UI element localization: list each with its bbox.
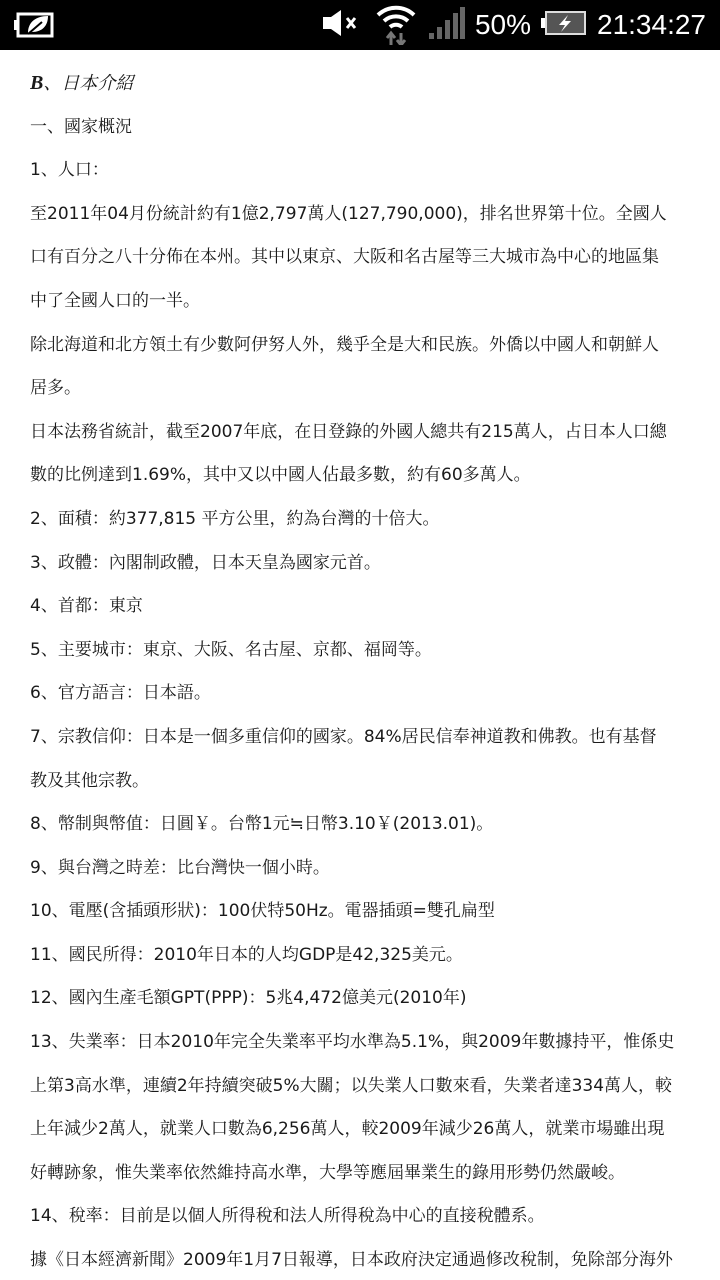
clock: 21:34:27 xyxy=(597,9,706,41)
paragraph-line: 13、失業率：日本2010年完全失業率平均水準為5.1%，與2009年數據持平，… xyxy=(30,1021,700,1065)
paragraph-line: 11、國民所得：2010年日本的人均GDP是42,325美元。 xyxy=(30,934,700,978)
status-bar: 50% 21:34:27 xyxy=(0,0,720,50)
section-heading: 一、國家概況 xyxy=(30,106,700,150)
document-title: B、日本介紹 xyxy=(30,62,700,106)
paragraph-line: 至2011年04月份統計約有1億2,797萬人(127,790,000)，排名世… xyxy=(30,193,700,237)
paragraph-line: 8、幣制與幣值：日圓￥。台幣1元≒日幣3.10￥(2013.01)。 xyxy=(30,803,700,847)
paragraph-line: 數的比例達到1.69%，其中又以中國人佔最多數，約有60多萬人。 xyxy=(30,454,700,498)
paragraph-line: 日本法務省統計，截至2007年底，在日登錄的外國人總共有215萬人，占日本人口總 xyxy=(30,411,700,455)
paragraph-line: 口有百分之八十分佈在本州。其中以東京、大阪和名古屋等三大城市為中心的地區集 xyxy=(30,236,700,280)
signal-icon xyxy=(427,7,465,43)
paragraph-line: 上第3高水準，連續2年持續突破5%大關；以失業人口數來看，失業者達334萬人，較 xyxy=(30,1065,700,1109)
paragraph-line: 3、政體：內閣制政體，日本天皇為國家元首。 xyxy=(30,542,700,586)
wifi-icon xyxy=(375,1,417,49)
paragraph-line: 9、與台灣之時差：比台灣快一個小時。 xyxy=(30,847,700,891)
title-letter: B xyxy=(30,72,43,94)
paragraph-line: 7、宗教信仰：日本是一個多重信仰的國家。84%居民信奉神道教和佛教。也有基督 xyxy=(30,716,700,760)
paragraph-line: 10、電壓(含插頭形狀)：100伏特50Hz。電器插頭=雙孔扁型 xyxy=(30,890,700,934)
paragraph-line: 據《日本經濟新聞》2009年1月7日報導，日本政府決定通過修改稅制，免除部分海外 xyxy=(30,1239,700,1280)
paragraph-line: 4、首都：東京 xyxy=(30,585,700,629)
paragraph-line: 2、面積：約377,815 平方公里，約為台灣的十倍大。 xyxy=(30,498,700,542)
paragraph-line: 居多。 xyxy=(30,367,700,411)
paragraph-line: 上年減少2萬人，就業人口數為6,256萬人，較2009年減少26萬人，就業市場雖… xyxy=(30,1108,700,1152)
paragraph-line: 除北海道和北方領土有少數阿伊努人外，幾乎全是大和民族。外僑以中國人和朝鮮人 xyxy=(30,324,700,368)
paragraph-line: 6、官方語言：日本語。 xyxy=(30,672,700,716)
battery-percent: 50% xyxy=(475,9,531,41)
paragraph-line: 5、主要城市：東京、大阪、名古屋、京都、福岡等。 xyxy=(30,629,700,673)
mute-icon xyxy=(321,8,365,42)
document-body: B、日本介紹 一、國家概況 1、人口： 至2011年04月份統計約有1億2,79… xyxy=(30,62,700,1280)
paragraph-line: 12、國內生產毛額GPT(PPP)：5兆4,472億美元(2010年) xyxy=(30,977,700,1021)
paragraph-line: 1、人口： xyxy=(30,149,700,193)
battery-saver-leaf-icon xyxy=(14,10,58,40)
paragraph-line: 好轉跡象，惟失業率依然維持高水準，大學等應屆畢業生的錄用形勢仍然嚴峻。 xyxy=(30,1152,700,1196)
battery-charging-icon xyxy=(541,10,587,40)
paragraph-line: 中了全國人口的一半。 xyxy=(30,280,700,324)
paragraph-line: 教及其他宗教。 xyxy=(30,760,700,804)
paragraph-line: 14、稅率：目前是以個人所得稅和法人所得稅為中心的直接稅體系。 xyxy=(30,1195,700,1239)
title-text: 、日本介紹 xyxy=(43,73,133,94)
